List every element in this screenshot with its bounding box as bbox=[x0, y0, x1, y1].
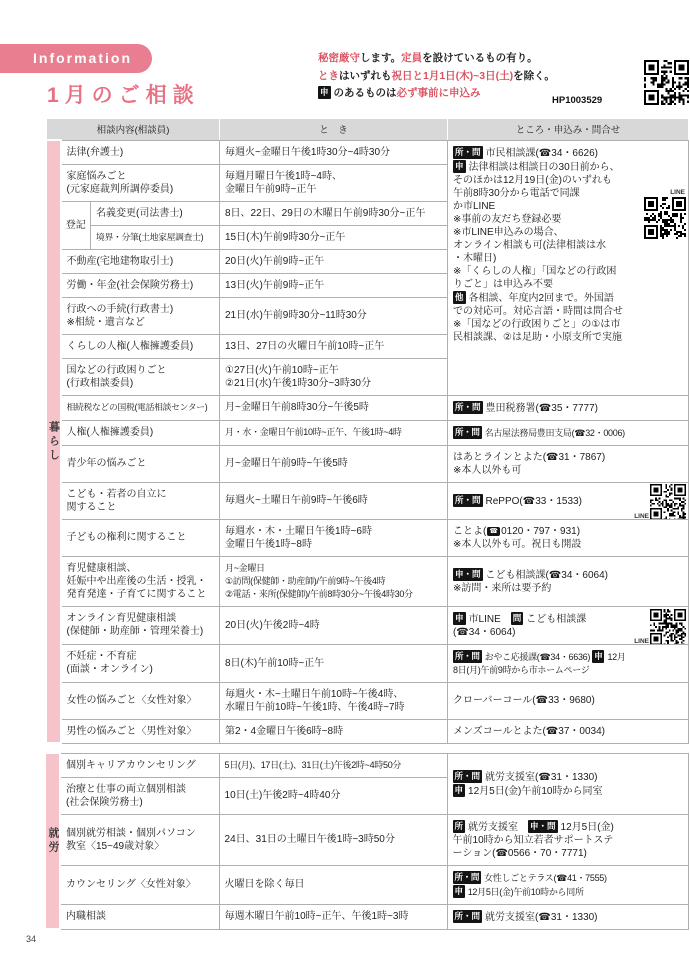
time-cell: 20日(火)午前9時~正午 bbox=[220, 249, 448, 273]
text-segment: 相続税などの国税(電話相談センター) bbox=[67, 402, 208, 412]
table-row: 不妊症・不育症(面談・オンライン)8日(木)午前10時~正午所・問おやこ応援課(… bbox=[47, 644, 689, 682]
place-contact-cell: 所就労支援室 申・問12月5日(金)午前10時から知立若者サポートステーション(… bbox=[447, 814, 688, 865]
content-cell: 個別キャリアカウンセリング bbox=[60, 753, 219, 777]
cell-line: 申12月5日(金)午前10時から同室 bbox=[453, 784, 683, 798]
text-segment: ※事前の友だち登録必要 bbox=[453, 214, 561, 225]
cell-line: 所・問豊田税務署(☎35・7777) bbox=[453, 401, 683, 415]
time-cell: 20日(火)午後2時~4時 bbox=[220, 606, 448, 644]
text-segment: 個別キャリアカウンセリング bbox=[66, 760, 196, 771]
note-line: 秘密厳守します。定員を設けているもの有り。 bbox=[318, 50, 638, 68]
text-segment: RePPO(☎33・1533) bbox=[486, 496, 582, 507]
time-cell: 毎週火・木~土曜日午前10時~午後4時、水曜日午前10時~午後1時、午後4時~7… bbox=[220, 682, 448, 719]
content-cell: 子どもの権利に関すること bbox=[61, 519, 220, 556]
badge: 所・問 bbox=[453, 871, 482, 884]
place-contact-cell: 申市LINE 問こども相談課(☎34・6064)LINE bbox=[448, 606, 689, 644]
table-row: 男性の悩みごと〈男性対象〉第2・4金曜日午後6時~8時メンズコールとよた(☎37… bbox=[47, 719, 689, 743]
badge: 申 bbox=[453, 885, 465, 898]
text-segment: 青少年の悩みごと bbox=[67, 458, 147, 469]
column-header-2: と き bbox=[220, 119, 448, 141]
cell-line: ①27日(火)午前10時~正午 bbox=[225, 364, 442, 377]
content-cell: 男性の悩みごと〈男性対象〉 bbox=[61, 719, 220, 743]
place-contact-cell: 所・問就労支援室(☎31・1330) bbox=[447, 904, 688, 929]
table-row: 子どもの権利に関すること毎週水・木・土曜日午後1時~6時金曜日午後1時~8時こと… bbox=[47, 519, 689, 556]
text-segment: (社会保険労務士) bbox=[66, 797, 143, 808]
cell-line: 教室〈15~49歳対象〉 bbox=[66, 840, 214, 853]
cell-line: 月~金曜日 bbox=[225, 562, 442, 575]
text-segment: 8日(月)午前9時から市ホームページ bbox=[453, 665, 589, 675]
content-cell: 人権(人権擁護委員) bbox=[61, 420, 220, 445]
cell-line: 5日(月)、17日(土)、31日(土)午後2時~4時50分 bbox=[225, 759, 442, 772]
text-segment: 男性の悩みごと〈男性対象〉 bbox=[67, 726, 197, 737]
column-header-1: 相談内容(相談員) bbox=[47, 119, 220, 141]
cell-line: りごと」は申込み不要 bbox=[453, 278, 683, 291]
text-segment: ※「くらしの人権」「国などの行政困 bbox=[453, 266, 616, 277]
text-segment: 女性しごとテラス(☎41・7555) bbox=[484, 873, 607, 883]
text-segment: はあとラインとよた(☎31・7867) bbox=[453, 452, 605, 463]
text-segment: ①27日(火)午前10時~正午 bbox=[225, 365, 339, 376]
cell-line: こども・若者の自立に bbox=[67, 488, 215, 501]
table-row: 人権(人権擁護委員)月・水・金曜日午前10時~正午、午後1時~4時所・問名古屋法… bbox=[47, 420, 689, 445]
qr-code: LINE bbox=[644, 189, 686, 239]
text-segment: を設けているもの有り。 bbox=[422, 52, 538, 64]
text-segment: 20日(火)午後2時~4時 bbox=[225, 620, 320, 631]
cell-line: 毎週火~金曜日午後1時30分~4時30分 bbox=[225, 146, 442, 159]
content-cell: くらしの人権(人権擁護委員) bbox=[61, 334, 220, 358]
time-cell: 毎週火~土曜日午前9時~午後6時 bbox=[220, 482, 448, 519]
cell-line: オンライン相談も可(法律相談は水 bbox=[453, 239, 683, 252]
text-segment: 国などの行政困りごと bbox=[67, 365, 167, 376]
text-segment: か市LINE bbox=[453, 201, 495, 212]
text-segment: 12月5日(金) bbox=[561, 822, 614, 833]
text-segment: 就労支援室 bbox=[468, 822, 528, 833]
table-row: こども・若者の自立に関すること毎週火~土曜日午前9時~午後6時所・問RePPO(… bbox=[47, 482, 689, 519]
cell-line: メンズコールとよた(☎37・0034) bbox=[453, 725, 683, 738]
cell-line: はあとラインとよた(☎31・7867) bbox=[453, 451, 683, 464]
cell-line: 妊娠中や出産後の生活・授乳・ bbox=[67, 575, 215, 588]
cell-line: 不動産(宅地建物取引士) bbox=[67, 255, 215, 268]
page-title: 1月のご相談 bbox=[47, 79, 200, 109]
text-segment: 月・水・金曜日午前10時~正午、午後1時~4時 bbox=[225, 427, 402, 437]
text-segment: ②電話・来所(保健師)/午前8時30分~午後4時30分 bbox=[225, 589, 413, 599]
badge: 所 bbox=[453, 820, 466, 833]
place-contact-cell: クローバーコール(☎33・9680) bbox=[448, 682, 689, 719]
badge: 所・問 bbox=[453, 494, 483, 507]
cell-line: ※「国などの行政困りごと」の①は市 bbox=[453, 318, 683, 331]
place-contact-cell: 所・問就労支援室(☎31・1330)申12月5日(金)午前10時から同室 bbox=[447, 753, 688, 814]
text-segment: 女性の悩みごと〈女性対象〉 bbox=[67, 695, 197, 706]
content-cell: 不妊症・不育症(面談・オンライン) bbox=[61, 644, 220, 682]
cell-line: ※本人以外も可 bbox=[453, 464, 683, 477]
cell-line: 金曜日午前9時~正午 bbox=[225, 183, 442, 196]
text-segment: 水曜日午前10時~午後1時、午後4時~7時 bbox=[225, 702, 405, 713]
cell-line: 月~金曜日午前9時~午後5時 bbox=[225, 457, 442, 470]
cell-line: 月~金曜日午前8時30分~午後5時 bbox=[225, 401, 442, 414]
freedial-icon: ☎ bbox=[487, 527, 500, 536]
category-text: 就労 bbox=[46, 827, 59, 855]
cell-line: 名義変更(司法書士) bbox=[96, 207, 214, 220]
time-cell: 13日、27日の火曜日午前10時~正午 bbox=[220, 334, 448, 358]
cell-line: 月・水・金曜日午前10時~正午、午後1時~4時 bbox=[225, 426, 442, 439]
text-segment: ※訪問・来所は要予約 bbox=[453, 583, 551, 594]
place-contact-cell: 所・問豊田税務署(☎35・7777) bbox=[448, 395, 689, 420]
place-contact-cell: 所・問RePPO(☎33・1533)LINE bbox=[448, 482, 689, 519]
time-cell: 5日(月)、17日(土)、31日(土)午後2時~4時50分 bbox=[219, 753, 447, 777]
text-segment: (元家庭裁判所調停委員) bbox=[67, 184, 174, 195]
text-segment: 行政への手続(行政書士) bbox=[67, 304, 174, 315]
text-segment: します。 bbox=[360, 52, 401, 64]
text-segment: 毎週火~金曜日午後1時30分~4時30分 bbox=[225, 147, 390, 158]
place-contact-cell: はあとラインとよた(☎31・7867)※本人以外も可 bbox=[448, 445, 689, 482]
text-segment: 関すること bbox=[67, 502, 117, 513]
column-header-3: ところ・申込み・問合せ bbox=[448, 119, 689, 141]
text-segment: のあるものは bbox=[334, 87, 397, 99]
text-segment: ※本人以外も可 bbox=[453, 465, 521, 476]
text-segment: 月~金曜日午前9時~午後5時 bbox=[225, 458, 348, 469]
content-cell: 内職相談 bbox=[60, 904, 219, 929]
text-segment: こども・若者の自立に bbox=[67, 489, 167, 500]
cell-line: 男性の悩みごと〈男性対象〉 bbox=[67, 725, 215, 738]
text-segment: 定員 bbox=[401, 52, 422, 64]
text-segment: 15日(木)午前9時30分~正午 bbox=[225, 232, 345, 243]
time-cell: 毎週木曜日午前10時~正午、午後1時~3時 bbox=[219, 904, 447, 929]
text-segment: 13日、27日の火曜日午前10時~正午 bbox=[225, 341, 384, 352]
cell-line: 申法律相談は相談日の30日前から、 bbox=[453, 160, 683, 174]
cell-line: 法律(弁護士) bbox=[67, 146, 215, 159]
text-segment: 治療と仕事の両立個別相談 bbox=[66, 784, 186, 795]
cell-line: 13日、27日の火曜日午前10時~正午 bbox=[225, 340, 442, 353]
time-cell: 月~金曜日午前9時~午後5時 bbox=[220, 445, 448, 482]
table-row: 相続税などの国税(電話相談センター)月~金曜日午前8時30分~午後5時所・問豊田… bbox=[47, 395, 689, 420]
text-segment: 金曜日午前9時~正午 bbox=[225, 184, 316, 195]
text-segment: くらしの人権(人権擁護委員) bbox=[67, 341, 194, 352]
place-contact-cell: 所・問名古屋法務局豊田支局(☎32・0006) bbox=[448, 420, 689, 445]
cell-line: (面談・オンライン) bbox=[67, 663, 215, 676]
text-segment: 教室〈15~49歳対象〉 bbox=[66, 841, 164, 852]
cell-line: オンライン育児健康相談 bbox=[67, 612, 215, 625]
content-cell: 国などの行政困りごと(行政相談委員) bbox=[61, 358, 220, 395]
cell-line: ②21日(水)午後1時30分~3時30分 bbox=[225, 377, 442, 390]
cell-line: (社会保険労務士) bbox=[66, 796, 214, 809]
text-segment: 発育発達・子育てに関すること bbox=[67, 589, 207, 600]
cell-line: 第2・4金曜日午後6時~8時 bbox=[225, 725, 442, 738]
table-section-2: 就労個別キャリアカウンセリング5日(月)、17日(土)、31日(土)午後2時~4… bbox=[46, 752, 689, 930]
badge: 申 bbox=[453, 612, 466, 625]
text-segment: ※「国などの行政困りごと」の①は市 bbox=[453, 319, 620, 330]
text-segment: 月~金曜日午前8時30分~午後5時 bbox=[225, 402, 369, 413]
badge: 所・問 bbox=[453, 146, 483, 159]
text-segment: (保健師・助産師・管理栄養士) bbox=[67, 626, 204, 637]
cell-line: 火曜日を除く毎日 bbox=[225, 878, 442, 891]
badge: 申 bbox=[318, 86, 331, 99]
table-row: 就労個別キャリアカウンセリング5日(月)、17日(土)、31日(土)午後2時~4… bbox=[46, 753, 688, 777]
cell-line: 青少年の悩みごと bbox=[67, 457, 215, 470]
badge: 所・問 bbox=[453, 401, 483, 414]
text-segment: 毎週火・木~土曜日午前10時~午後4時、 bbox=[225, 689, 403, 700]
time-cell: 10日(土)午後2時~4時40分 bbox=[219, 777, 447, 814]
text-segment: 午前8時30分から電話で同課 bbox=[453, 188, 580, 199]
cell-line: 子どもの権利に関すること bbox=[67, 531, 215, 544]
text-segment: クローバーコール(☎33・9680) bbox=[453, 695, 595, 706]
time-cell: 8日(木)午前10時~正午 bbox=[220, 644, 448, 682]
text-segment: ※相続・遺言など bbox=[67, 317, 145, 328]
cell-line: 金曜日午後1時~8時 bbox=[225, 538, 442, 551]
table-row: 女性の悩みごと〈女性対象〉毎週火・木~土曜日午前10時~午後4時、水曜日午前10… bbox=[47, 682, 689, 719]
content-cell: 個別就労相談・個別パソコン教室〈15~49歳対象〉 bbox=[60, 814, 219, 865]
note-line: ときはいずれも祝日と1月1日(木)~3日(土)を除く。 bbox=[318, 68, 638, 86]
text-segment: 12月 bbox=[607, 652, 625, 662]
cell-line: 24日、31日の土曜日午後1時~3時50分 bbox=[225, 833, 442, 846]
text-segment: 12月5日(金)午前10時から同室 bbox=[468, 786, 602, 797]
text-segment: 21日(水)午前9時30分~11時30分 bbox=[225, 310, 367, 321]
cell-line: 8日、22日、29日の木曜日午前9時30分~正午 bbox=[225, 207, 442, 220]
text-segment: 5日(月)、17日(土)、31日(土)午後2時~4時50分 bbox=[225, 760, 402, 770]
cell-line: 個別キャリアカウンセリング bbox=[66, 759, 214, 772]
content-cell: 家庭悩みごと(元家庭裁判所調停委員) bbox=[61, 164, 220, 201]
content-cell: こども・若者の自立に関すること bbox=[61, 482, 220, 519]
cell-line: 21日(水)午前9時30分~11時30分 bbox=[225, 309, 442, 322]
text-segment: はいずれも bbox=[339, 70, 392, 82]
text-segment: 市LINE bbox=[469, 614, 511, 625]
text-segment: 境界・分筆(土地家屋調査士) bbox=[96, 232, 203, 242]
cell-line: ことよ(☎0120・797・931) bbox=[453, 525, 683, 538]
time-cell: 毎週火~金曜日午後1時30分~4時30分 bbox=[220, 140, 448, 164]
cell-line: くらしの人権(人権擁護委員) bbox=[67, 340, 215, 353]
time-cell: 毎週水・木・土曜日午後1時~6時金曜日午後1時~8時 bbox=[220, 519, 448, 556]
cell-line: ・木曜日) bbox=[453, 252, 683, 265]
content-cell: カウンセリング〈女性対象〉 bbox=[60, 865, 219, 904]
cell-line: クローバーコール(☎33・9680) bbox=[453, 694, 683, 707]
text-segment: 名義変更(司法書士) bbox=[96, 208, 183, 219]
cell-line: 所・問就労支援室(☎31・1330) bbox=[453, 770, 683, 784]
place-contact-cell: ことよ(☎0120・797・931)※本人以外も可。祝日も開設 bbox=[448, 519, 689, 556]
content-cell: 労働・年金(社会保険労務士) bbox=[61, 273, 220, 297]
cell-line: 申・問こども相談課(☎34・6064) bbox=[453, 568, 683, 582]
text-segment: 毎週木曜日午前10時~正午、午後1時~3時 bbox=[225, 911, 409, 922]
badge: 申 bbox=[592, 650, 604, 663]
cell-line: 所・問市民相談課(☎34・6626) bbox=[453, 146, 683, 160]
badge: 申 bbox=[453, 160, 466, 173]
text-segment: そのほかは12月19日(金)のいずれも bbox=[453, 175, 612, 186]
badge: 申・問 bbox=[453, 568, 483, 581]
text-segment: 毎週火~土曜日午前9時~午後6時 bbox=[225, 495, 368, 506]
text-segment: (☎34・6064) bbox=[453, 627, 516, 638]
text-segment: 金曜日午後1時~8時 bbox=[225, 539, 312, 550]
text-segment: カウンセリング〈女性対象〉 bbox=[66, 879, 196, 890]
category-label-暮らし: 暮らし bbox=[47, 140, 61, 743]
text-segment: メンズコールとよた(☎37・0034) bbox=[453, 726, 605, 737]
text-segment: 秘密厳守 bbox=[318, 52, 360, 64]
badge: 所・問 bbox=[453, 426, 482, 439]
category-label-就労: 就労 bbox=[46, 753, 60, 929]
cell-line: ーション(☎0566・70・7771) bbox=[453, 847, 683, 860]
time-cell: 火曜日を除く毎日 bbox=[219, 865, 447, 904]
place-contact-cell: メンズコールとよた(☎37・0034) bbox=[448, 719, 689, 743]
badge: 他 bbox=[453, 291, 466, 304]
cell-line: 人権(人権擁護委員) bbox=[67, 426, 215, 439]
cell-line: 毎週木曜日午前10時~正午、午後1時~3時 bbox=[225, 910, 442, 923]
cell-line: 関すること bbox=[67, 501, 215, 514]
content-cell: 女性の悩みごと〈女性対象〉 bbox=[61, 682, 220, 719]
text-segment: 8日、22日、29日の木曜日午前9時30分~正午 bbox=[225, 208, 425, 219]
text-segment: 祝日と1月1日(木)~3日(土) bbox=[392, 70, 514, 82]
cell-line: 毎週火・木~土曜日午前10時~午後4時、 bbox=[225, 688, 442, 701]
cell-line: 他各相談、年度内2回まで。外国語 bbox=[453, 291, 683, 305]
text-segment: 人権(人権擁護委員) bbox=[67, 427, 154, 438]
text-segment: 8日(木)午前10時~正午 bbox=[225, 658, 324, 669]
text-segment: 0120・797・931) bbox=[501, 526, 580, 537]
text-segment: 就労支援室(☎31・1330) bbox=[485, 912, 598, 923]
time-cell: 月~金曜日①訪問(保健師・助産師)/午前9時~午後4時②電話・来所(保健師)/午… bbox=[220, 556, 448, 606]
cell-line: 所就労支援室 申・問12月5日(金) bbox=[453, 820, 683, 834]
cell-line: 労働・年金(社会保険労務士) bbox=[67, 279, 215, 292]
cell-line: 毎週水・木・土曜日午後1時~6時 bbox=[225, 525, 442, 538]
text-segment: 月~金曜日 bbox=[225, 563, 265, 573]
text-segment: とき bbox=[318, 70, 339, 82]
information-badge: Information bbox=[0, 44, 152, 73]
qr-code: LINE bbox=[634, 484, 686, 520]
content-cell: 行政への手続(行政書士)※相続・遺言など bbox=[61, 297, 220, 334]
cell-line: 民相談課、②は足助・小原支所で実施 bbox=[453, 331, 683, 344]
text-segment: 13日(火)午前9時~正午 bbox=[225, 280, 324, 291]
cell-line: 20日(火)午後2時~4時 bbox=[225, 619, 442, 632]
cell-line: 10日(土)午後2時~4時40分 bbox=[225, 789, 442, 802]
cell-line: そのほかは12月19日(金)のいずれも bbox=[453, 174, 683, 187]
time-cell: 月・水・金曜日午前10時~正午、午後1時~4時 bbox=[220, 420, 448, 445]
cell-line: 内職相談 bbox=[66, 910, 214, 923]
table-row: 個別就労相談・個別パソコン教室〈15~49歳対象〉24日、31日の土曜日午後1時… bbox=[46, 814, 688, 865]
place-contact-cell: 所・問女性しごとテラス(☎41・7555)申12月5日(金)午前10時から同所 bbox=[447, 865, 688, 904]
cell-line: 発育発達・子育てに関すること bbox=[67, 588, 215, 601]
cell-line: 個別就労相談・個別パソコン bbox=[66, 827, 214, 840]
cell-line: 所・問就労支援室(☎31・1330) bbox=[453, 910, 683, 924]
table-row: 暮らし法律(弁護士)毎週火~金曜日午後1時30分~4時30分所・問市民相談課(☎… bbox=[47, 140, 689, 164]
text-segment: 民相談課、②は足助・小原支所で実施 bbox=[453, 332, 622, 343]
badge: 申・問 bbox=[528, 820, 558, 833]
place-contact-cell: 所・問おやこ応援課(☎34・6636) 申12月8日(月)午前9時から市ホームペ… bbox=[448, 644, 689, 682]
text-segment: 名古屋法務局豊田支局(☎32・0006) bbox=[485, 428, 625, 438]
text-segment: ーション(☎0566・70・7771) bbox=[453, 848, 587, 859]
badge: 問 bbox=[511, 612, 524, 625]
text-segment: 12月5日(金)午前10時から同所 bbox=[468, 887, 584, 897]
time-cell: 21日(水)午前9時30分~11時30分 bbox=[220, 297, 448, 334]
text-segment: 家庭悩みごと bbox=[67, 171, 127, 182]
text-segment: 第2・4金曜日午後6時~8時 bbox=[225, 726, 343, 737]
text-segment: 内職相談 bbox=[66, 911, 106, 922]
time-cell: 月~金曜日午前8時30分~午後5時 bbox=[220, 395, 448, 420]
text-segment: オンライン相談も可(法律相談は水 bbox=[453, 240, 606, 251]
cell-line: 8日(木)午前10時~正午 bbox=[225, 657, 442, 670]
cell-line: 毎週月曜日午後1時~4時、 bbox=[225, 170, 442, 183]
text-segment: 20日(火)午前9時~正午 bbox=[225, 256, 324, 267]
text-segment: での対応可。対応言語・時間は問合せ bbox=[453, 306, 623, 317]
text-segment: 法律相談は相談日の30日前から、 bbox=[469, 162, 620, 173]
cell-line: 毎週火~土曜日午前9時~午後6時 bbox=[225, 494, 442, 507]
place-contact-cell: 所・問市民相談課(☎34・6626)申法律相談は相談日の30日前から、そのほかは… bbox=[448, 140, 689, 395]
text-segment: 豊田税務署(☎35・7777) bbox=[486, 403, 599, 414]
cell-line: 所・問女性しごとテラス(☎41・7555) bbox=[453, 871, 683, 885]
qr-code: LINE bbox=[634, 609, 686, 645]
text-segment: 火曜日を除く毎日 bbox=[225, 879, 305, 890]
badge: 所・問 bbox=[453, 650, 482, 663]
content-cell: 青少年の悩みごと bbox=[61, 445, 220, 482]
text-segment: おやこ応援課(☎34・6636) bbox=[485, 652, 593, 662]
text-segment: 不妊症・不育症 bbox=[67, 651, 137, 662]
cell-line: ※「くらしの人権」「国などの行政困 bbox=[453, 265, 683, 278]
time-cell: 第2・4金曜日午後6時~8時 bbox=[220, 719, 448, 743]
content-cell: 法律(弁護士) bbox=[61, 140, 220, 164]
hp-code: HP1003529 bbox=[552, 95, 602, 106]
consultation-table: 相談内容(相談員)と きところ・申込み・問合せ暮らし法律(弁護士)毎週火~金曜日… bbox=[46, 118, 688, 930]
cell-line: ②電話・来所(保健師)/午前8時30分~午後4時30分 bbox=[225, 588, 442, 601]
content-cell: 相続税などの国税(電話相談センター) bbox=[61, 395, 220, 420]
cell-line: 15日(木)午前9時30分~正午 bbox=[225, 231, 442, 244]
time-cell: 毎週月曜日午後1時~4時、金曜日午前9時~正午 bbox=[220, 164, 448, 201]
cell-line: 家庭悩みごと bbox=[67, 170, 215, 183]
cell-line: 所・問おやこ応援課(☎34・6636) 申12月 bbox=[453, 650, 683, 664]
cell-line: 国などの行政困りごと bbox=[67, 364, 215, 377]
text-segment: (行政相談委員) bbox=[67, 378, 134, 389]
time-cell: 13日(火)午前9時~正午 bbox=[220, 273, 448, 297]
content-cell: 境界・分筆(土地家屋調査士) bbox=[91, 225, 220, 249]
text-segment: りごと」は申込み不要 bbox=[453, 279, 553, 290]
text-segment: オンライン育児健康相談 bbox=[67, 613, 177, 624]
text-segment: 法律(弁護士) bbox=[67, 147, 124, 158]
text-segment: を除く。 bbox=[513, 70, 555, 82]
text-segment: 必ず事前に申込み bbox=[397, 87, 481, 99]
text-segment: こども相談課 bbox=[526, 614, 586, 625]
text-segment: 各相談、年度内2回まで。外国語 bbox=[469, 293, 614, 304]
badge: 所・問 bbox=[453, 910, 483, 923]
text-segment: 妊娠中や出産後の生活・授乳・ bbox=[67, 576, 207, 587]
cell-line: 育児健康相談、 bbox=[67, 562, 215, 575]
line-label: LINE bbox=[644, 189, 685, 196]
badge: 所・問 bbox=[453, 770, 483, 783]
content-cell: 育児健康相談、妊娠中や出産後の生活・授乳・発育発達・子育てに関すること bbox=[61, 556, 220, 606]
time-cell: 8日、22日、29日の木曜日午前9時30分~正午 bbox=[220, 201, 448, 225]
text-segment: こども相談課(☎34・6064) bbox=[486, 570, 609, 581]
category-text: 暮らし bbox=[47, 421, 60, 463]
text-segment: ※市LINE申込みの場合、 bbox=[453, 227, 564, 238]
content-cell: 治療と仕事の両立個別相談(社会保険労務士) bbox=[60, 777, 219, 814]
text-segment: 子どもの権利に関すること bbox=[67, 532, 187, 543]
time-cell: ①27日(火)午前10時~正午②21日(水)午後1時30分~3時30分 bbox=[220, 358, 448, 395]
text-segment: ・木曜日) bbox=[453, 253, 496, 264]
cell-line: 境界・分筆(土地家屋調査士) bbox=[96, 231, 214, 244]
cell-line: 治療と仕事の両立個別相談 bbox=[66, 783, 214, 796]
text-segment: 育児健康相談、 bbox=[67, 563, 137, 574]
place-contact-cell: 申・問こども相談課(☎34・6064)※訪問・来所は要予約 bbox=[448, 556, 689, 606]
text-segment: 就労支援室(☎31・1330) bbox=[485, 772, 598, 783]
page-number: 34 bbox=[26, 934, 36, 944]
cell-line: (行政相談委員) bbox=[67, 377, 215, 390]
cell-line: 行政への手続(行政書士) bbox=[67, 303, 215, 316]
cell-line: 13日(火)午前9時~正午 bbox=[225, 279, 442, 292]
cell-line: 相続税などの国税(電話相談センター) bbox=[67, 401, 215, 414]
text-segment: ことよ( bbox=[453, 526, 486, 537]
cell-line: (保健師・助産師・管理栄養士) bbox=[67, 625, 215, 638]
cell-line: 8日(月)午前9時から市ホームページ bbox=[453, 664, 683, 677]
text-segment: ①訪問(保健師・助産師)/午前9時~午後4時 bbox=[225, 576, 385, 586]
cell-line: カウンセリング〈女性対象〉 bbox=[66, 878, 214, 891]
text-segment: 10日(土)午後2時~4時40分 bbox=[225, 790, 341, 801]
table-row: 育児健康相談、妊娠中や出産後の生活・授乳・発育発達・子育てに関すること月~金曜日… bbox=[47, 556, 689, 606]
cell-line: 午前10時から知立若者サポートステ bbox=[453, 834, 683, 847]
group-label: 登記 bbox=[61, 201, 91, 249]
cell-line: 女性の悩みごと〈女性対象〉 bbox=[67, 694, 215, 707]
cell-line: 申12月5日(金)午前10時から同所 bbox=[453, 885, 683, 899]
badge: 申 bbox=[453, 784, 466, 797]
table-row: 内職相談毎週木曜日午前10時~正午、午後1時~3時所・問就労支援室(☎31・13… bbox=[46, 904, 688, 929]
